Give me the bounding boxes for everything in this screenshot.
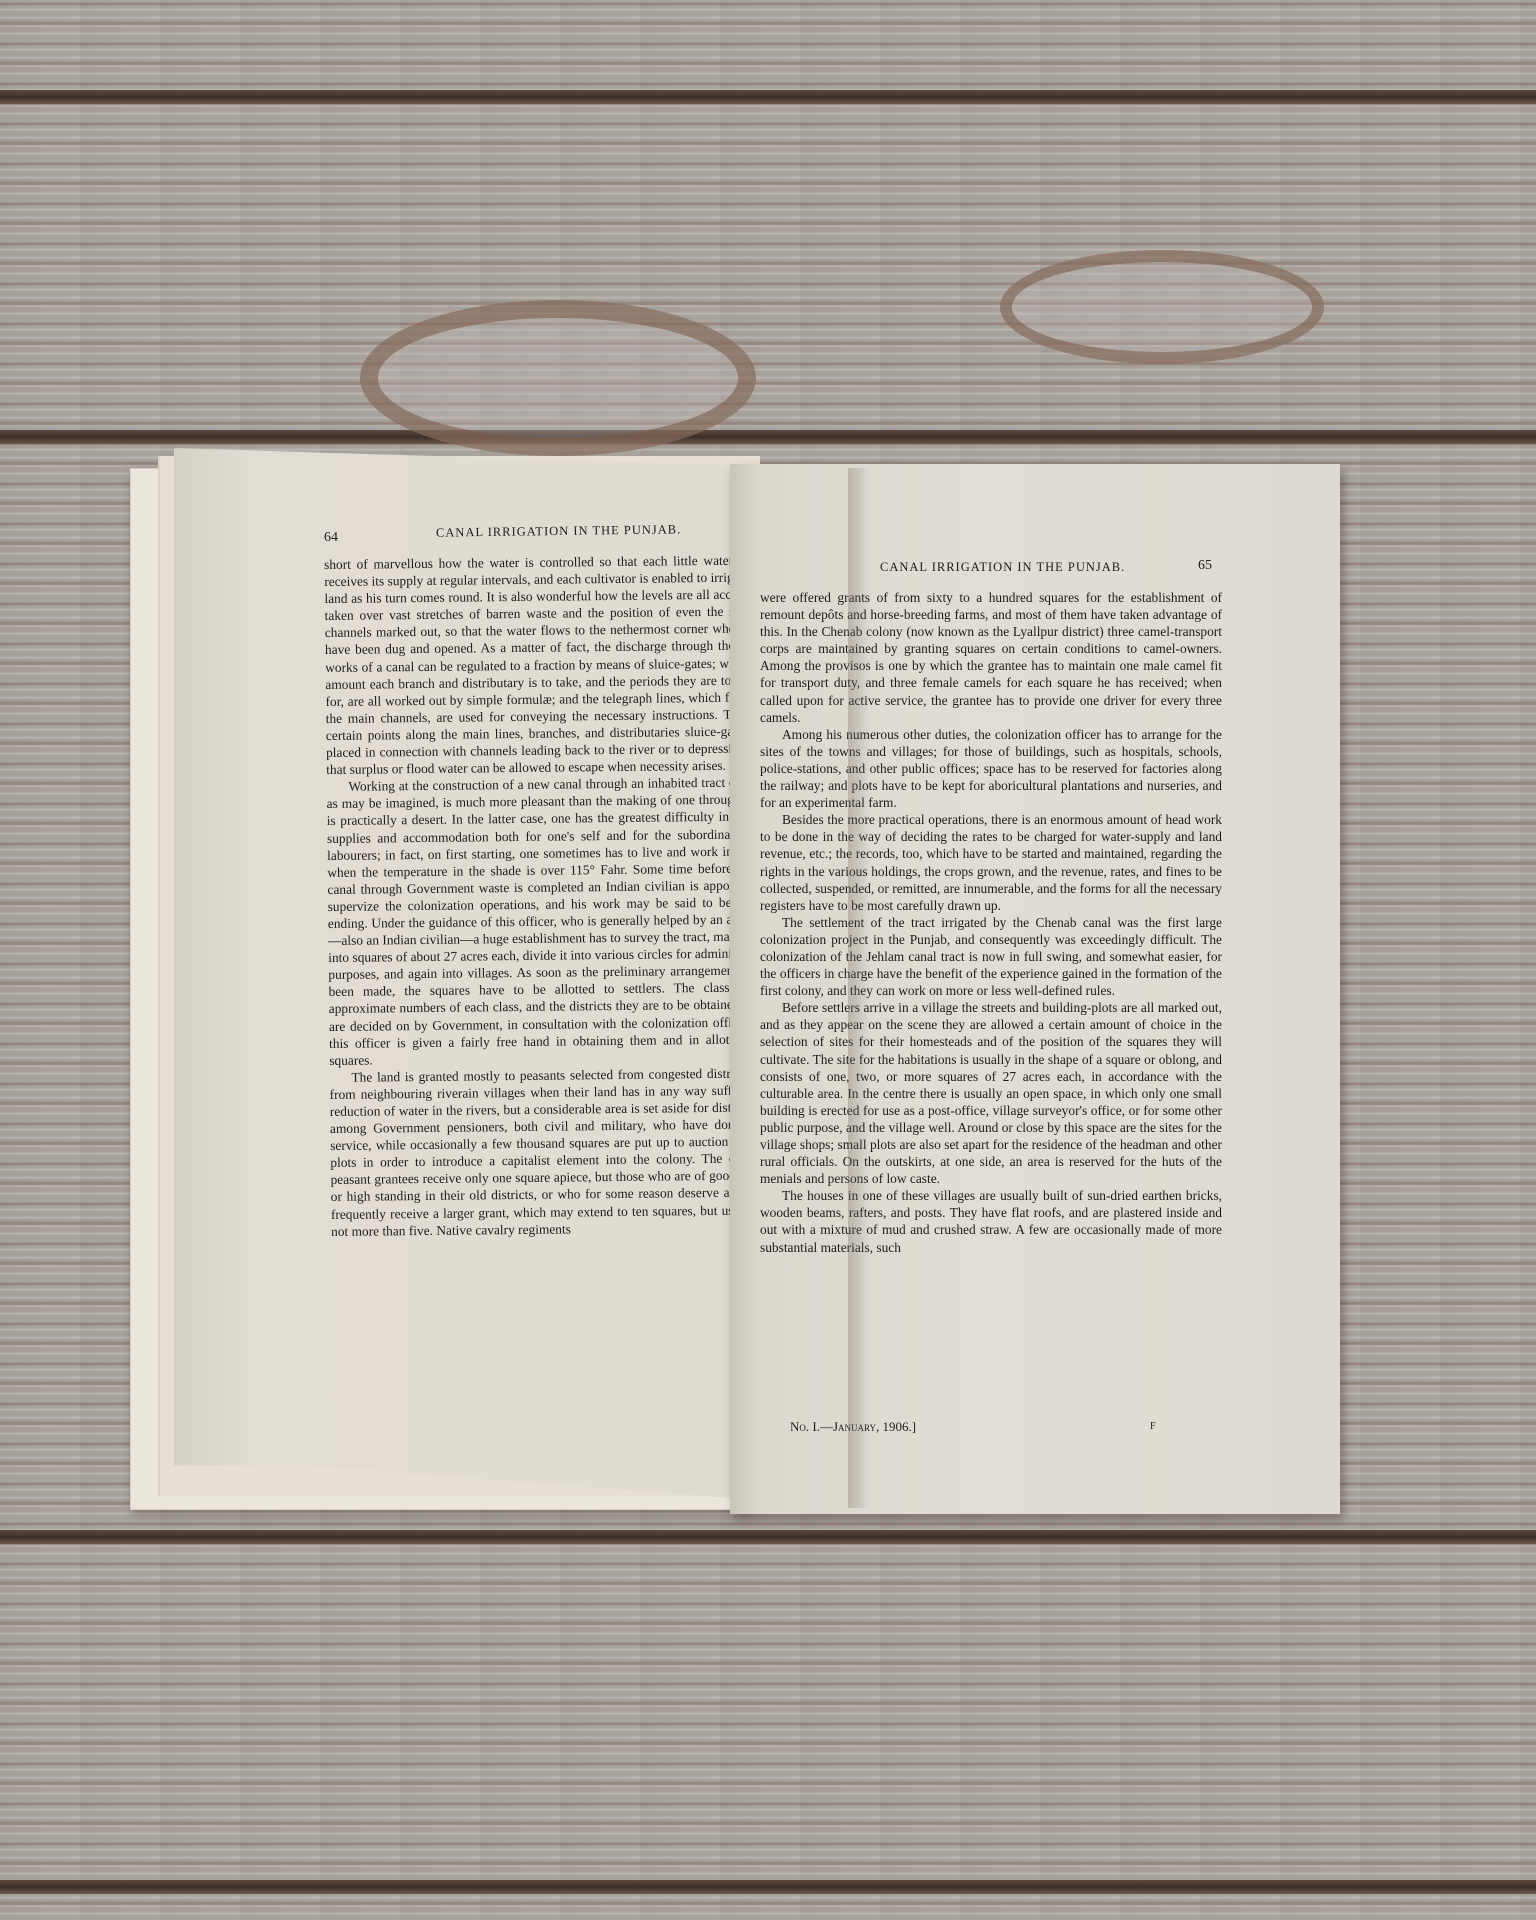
plank-gap [0,430,1536,444]
wood-knot [1000,250,1324,364]
paragraph: Working at the construction of a new can… [326,774,773,1069]
paragraph: Before settlers arrive in a village the … [760,999,1222,1187]
paragraph: short of marvellous how the water is con… [324,551,770,778]
paragraph: were offered grants of from sixty to a h… [760,589,1222,726]
left-page-body: short of marvellous how the water is con… [324,551,775,1239]
issue-footer: No. I.—January, 1906.] [790,1419,916,1435]
plank-gap [0,1880,1536,1894]
plank-gap [0,90,1536,104]
paragraph: Among his numerous other duties, the col… [760,726,1222,811]
wood-knot [360,300,756,456]
paragraph: The houses in one of these villages are … [760,1187,1222,1255]
paragraph: Besides the more practical operations, t… [760,811,1222,914]
open-book: 64 CANAL IRRIGATION IN THE PUNJAB. short… [130,448,1345,1528]
plank-gap [0,1530,1536,1544]
running-head: CANAL IRRIGATION IN THE PUNJAB. [880,560,1125,575]
page-number: 64 [324,530,338,546]
paragraph: The settlement of the tract irrigated by… [760,914,1222,999]
right-page: CANAL IRRIGATION IN THE PUNJAB. 65 were … [730,464,1340,1514]
paragraph: The land is granted mostly to peasants s… [329,1064,775,1240]
signature-mark: F [1150,1421,1156,1432]
running-head: CANAL IRRIGATION IN THE PUNJAB. [436,522,681,540]
right-page-body: were offered grants of from sixty to a h… [760,589,1222,1256]
page-number: 65 [1198,558,1212,574]
